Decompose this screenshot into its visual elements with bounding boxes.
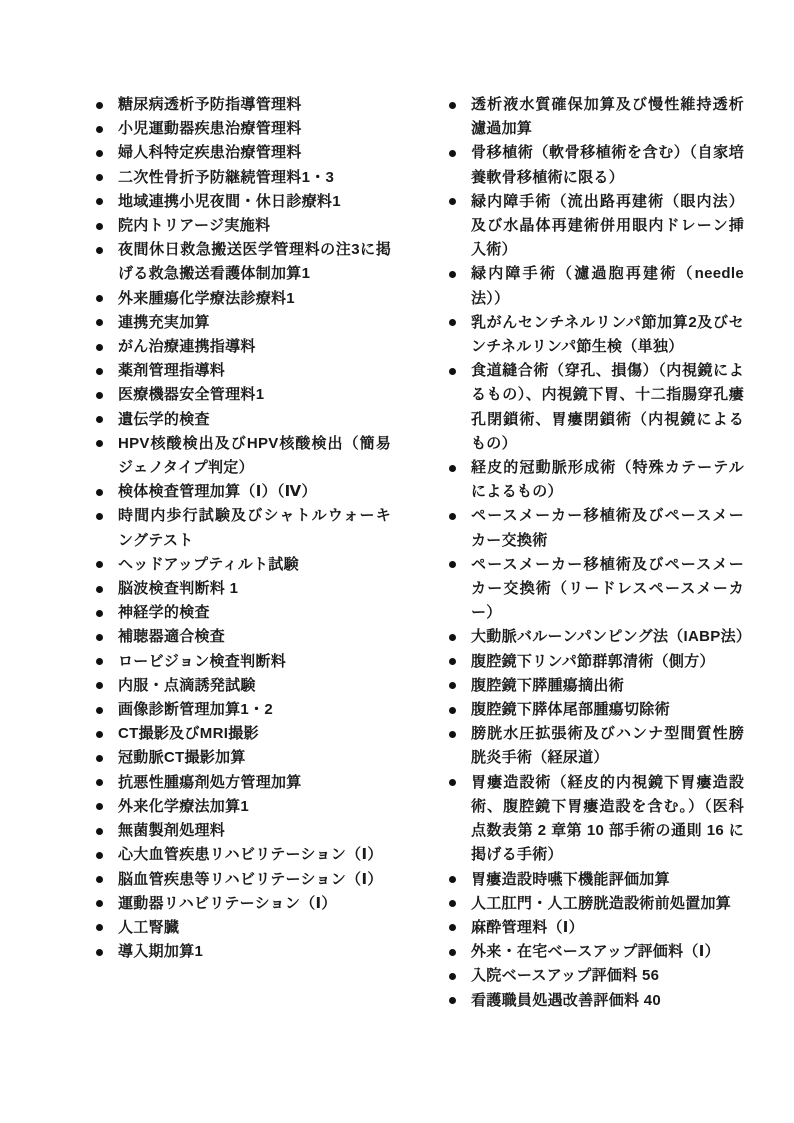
list-item-text: 膀胱水圧拡張術及びハンナ型間質性膀胱炎手術（経尿道）	[471, 722, 744, 770]
bullet-icon	[95, 868, 118, 884]
list-item-text: 遺伝学的検査	[118, 408, 391, 432]
list-item-text: 夜間休日救急搬送医学管理料の注3に掲げる救急搬送看護体制加算1	[118, 238, 391, 286]
list-item-text: 麻酔管理料（Ⅰ）	[471, 916, 744, 940]
list-item-text: 大動脈バルーンパンピング法（IABP法）	[471, 625, 744, 649]
list-item: 脳波検査判断料 1	[95, 577, 391, 601]
list-item: 人工肛門・人工膀胱造設術前処置加算	[448, 892, 744, 916]
list-item: ロービジョン検査判断料	[95, 650, 391, 674]
bullet-icon	[95, 771, 118, 787]
list-item: 外来腫瘍化学療法診療料1	[95, 287, 391, 311]
two-column-list: 糖尿病透析予防指導管理料小児運動器疾患治療管理料婦人科特定疾患治療管理料二次性骨…	[95, 93, 744, 1013]
list-item-text: 心大血管疾患リハビリテーション（Ⅰ）	[118, 843, 391, 867]
list-item: 画像診断管理加算1・2	[95, 698, 391, 722]
list-item: ヘッドアップティルト試験	[95, 553, 391, 577]
list-item-text: 骨移植術（軟骨移植術を含む）（自家培養軟骨移植術に限る）	[471, 141, 744, 189]
list-item: 看護職員処遇改善評価料 40	[448, 989, 744, 1013]
list-item: 時間内歩行試験及びシャトルウォーキングテスト	[95, 504, 391, 552]
list-item: 内服・点滴誘発試験	[95, 674, 391, 698]
list-item-text: 時間内歩行試験及びシャトルウォーキングテスト	[118, 504, 391, 552]
list-item: 脳血管疾患等リハビリテーション（Ⅰ）	[95, 868, 391, 892]
list-item: 麻酔管理料（Ⅰ）	[448, 916, 744, 940]
bullet-icon	[95, 480, 118, 496]
bullet-icon	[448, 868, 471, 884]
list-item: 院内トリアージ実施料	[95, 214, 391, 238]
bullet-icon	[448, 190, 471, 206]
bullet-icon	[448, 722, 471, 738]
bullet-icon	[95, 359, 118, 375]
bullet-icon	[448, 674, 471, 690]
list-item-text: 人工肛門・人工膀胱造設術前処置加算	[471, 892, 744, 916]
list-item: 無菌製剤処理料	[95, 819, 391, 843]
list-item: CT撮影及びMRI撮影	[95, 722, 391, 746]
bullet-icon	[448, 771, 471, 787]
list-item-text: 胃瘻造設術（経皮的内視鏡下胃瘻造設術、腹腔鏡下胃瘻造設を含む。）（医科点数表第 …	[471, 771, 744, 868]
list-item: 腹腔鏡下膵体尾部腫瘍切除術	[448, 698, 744, 722]
list-item: 検体検査管理加算（Ⅰ）（Ⅳ）	[95, 480, 391, 504]
list-item-text: 腹腔鏡下リンパ節群郭清術（側方）	[471, 650, 744, 674]
list-item: 緑内障手術（流出路再建術（眼内法）及び水晶体再建術併用眼内ドレーン挿入術）	[448, 190, 744, 263]
list-item-text: 二次性骨折予防継続管理料1・3	[118, 166, 391, 190]
bullet-icon	[448, 625, 471, 641]
bullet-icon	[95, 214, 118, 230]
bullet-icon	[95, 601, 118, 617]
list-item: 神経学的検査	[95, 601, 391, 625]
list-item-text: 冠動脈CT撮影加算	[118, 746, 391, 770]
list-item-text: ロービジョン検査判断料	[118, 650, 391, 674]
list-item-text: 看護職員処遇改善評価料 40	[471, 989, 744, 1013]
list-item: 透析液水質確保加算及び慢性維持透析濾過加算	[448, 93, 744, 141]
bullet-icon	[448, 93, 471, 109]
bullet-icon	[448, 262, 471, 278]
list-item: 夜間休日救急搬送医学管理料の注3に掲げる救急搬送看護体制加算1	[95, 238, 391, 286]
bullet-icon	[448, 698, 471, 714]
list-item-text: 透析液水質確保加算及び慢性維持透析濾過加算	[471, 93, 744, 141]
bullet-icon	[448, 504, 471, 520]
bullet-icon	[448, 989, 471, 1005]
list-item: 医療機器安全管理料1	[95, 383, 391, 407]
bullet-icon	[95, 190, 118, 206]
bulleted-list-left-column: 糖尿病透析予防指導管理料小児運動器疾患治療管理料婦人科特定疾患治療管理料二次性骨…	[95, 93, 391, 1013]
list-item-text: 小児運動器疾患治療管理料	[118, 117, 391, 141]
list-item-text: 運動器リハビリテーション（Ⅰ）	[118, 892, 391, 916]
bullet-icon	[448, 311, 471, 327]
list-item-text: 糖尿病透析予防指導管理料	[118, 93, 391, 117]
bullet-icon	[448, 940, 471, 956]
bullet-icon	[95, 287, 118, 303]
bullet-icon	[95, 698, 118, 714]
list-item: 骨移植術（軟骨移植術を含む）（自家培養軟骨移植術に限る）	[448, 141, 744, 189]
bullet-icon	[448, 553, 471, 569]
list-item-text: 脳波検査判断料 1	[118, 577, 391, 601]
list-item: 婦人科特定疾患治療管理料	[95, 141, 391, 165]
list-item-text: 無菌製剤処理料	[118, 819, 391, 843]
list-item-text: 緑内障手術（濾過胞再建術（needle法））	[471, 262, 744, 310]
list-item: 遺伝学的検査	[95, 408, 391, 432]
list-item: がん治療連携指導料	[95, 335, 391, 359]
list-item-text: 外来化学療法加算1	[118, 795, 391, 819]
list-item-text: ヘッドアップティルト試験	[118, 553, 391, 577]
list-item-text: 胃瘻造設時嚥下機能評価加算	[471, 868, 744, 892]
list-item: 運動器リハビリテーション（Ⅰ）	[95, 892, 391, 916]
bullet-icon	[448, 456, 471, 472]
list-item: 補聴器適合検査	[95, 625, 391, 649]
list-item: 人工腎臓	[95, 916, 391, 940]
bullet-icon	[448, 650, 471, 666]
list-item-text: 薬剤管理指導料	[118, 359, 391, 383]
list-item-text: 医療機器安全管理料1	[118, 383, 391, 407]
list-item-text: 乳がんセンチネルリンパ節加算2及びセンチネルリンパ節生検（単独）	[471, 311, 744, 359]
list-item: 外来化学療法加算1	[95, 795, 391, 819]
bullet-icon	[95, 892, 118, 908]
list-item: 冠動脈CT撮影加算	[95, 746, 391, 770]
list-item: 腹腔鏡下リンパ節群郭清術（側方）	[448, 650, 744, 674]
list-item: 乳がんセンチネルリンパ節加算2及びセンチネルリンパ節生検（単独）	[448, 311, 744, 359]
document-page: 糖尿病透析予防指導管理料小児運動器疾患治療管理料婦人科特定疾患治療管理料二次性骨…	[0, 0, 794, 1123]
list-item: 膀胱水圧拡張術及びハンナ型間質性膀胱炎手術（経尿道）	[448, 722, 744, 770]
list-item: 胃瘻造設時嚥下機能評価加算	[448, 868, 744, 892]
list-item: ペースメーカー移植術及びペースメーカー交換術	[448, 504, 744, 552]
list-item: 地域連携小児夜間・休日診療料1	[95, 190, 391, 214]
list-item-text: 抗悪性腫瘍剤処方管理加算	[118, 771, 391, 795]
list-item: 連携充実加算	[95, 311, 391, 335]
bullet-icon	[95, 383, 118, 399]
list-item: 胃瘻造設術（経皮的内視鏡下胃瘻造設術、腹腔鏡下胃瘻造設を含む。）（医科点数表第 …	[448, 771, 744, 868]
list-item-text: 入院ベースアップ評価料 56	[471, 964, 744, 988]
bullet-icon	[95, 577, 118, 593]
list-item-text: 検体検査管理加算（Ⅰ）（Ⅳ）	[118, 480, 391, 504]
list-item: 心大血管疾患リハビリテーション（Ⅰ）	[95, 843, 391, 867]
bulleted-list-right-column: 透析液水質確保加算及び慢性維持透析濾過加算骨移植術（軟骨移植術を含む）（自家培養…	[448, 93, 744, 1013]
list-item-text: 外来・在宅ベースアップ評価料（Ⅰ）	[471, 940, 744, 964]
list-item-text: 婦人科特定疾患治療管理料	[118, 141, 391, 165]
list-item-text: 経皮的冠動脈形成術（特殊カテーテルによるもの）	[471, 456, 744, 504]
bullet-icon	[95, 408, 118, 424]
list-item-text: 導入期加算1	[118, 940, 391, 964]
list-item-text: 連携充実加算	[118, 311, 391, 335]
list-item: 腹腔鏡下膵腫瘍摘出術	[448, 674, 744, 698]
bullet-icon	[95, 746, 118, 762]
bullet-icon	[95, 843, 118, 859]
bullet-icon	[95, 166, 118, 182]
list-item: 薬剤管理指導料	[95, 359, 391, 383]
list-item: 糖尿病透析予防指導管理料	[95, 93, 391, 117]
list-item-text: がん治療連携指導料	[118, 335, 391, 359]
list-item: 外来・在宅ベースアップ評価料（Ⅰ）	[448, 940, 744, 964]
bullet-icon	[95, 795, 118, 811]
bullet-icon	[448, 964, 471, 980]
bullet-icon	[95, 916, 118, 932]
list-item: 小児運動器疾患治療管理料	[95, 117, 391, 141]
bullet-icon	[95, 311, 118, 327]
list-item: ペースメーカー移植術及びペースメーカー交換術（リードレスペースメーカー）	[448, 553, 744, 626]
list-item: 大動脈バルーンパンピング法（IABP法）	[448, 625, 744, 649]
bullet-icon	[448, 916, 471, 932]
bullet-icon	[95, 650, 118, 666]
list-item: HPV核酸検出及びHPV核酸検出（簡易ジェノタイプ判定）	[95, 432, 391, 480]
bullet-icon	[95, 504, 118, 520]
list-item-text: 補聴器適合検査	[118, 625, 391, 649]
list-item-text: 人工腎臓	[118, 916, 391, 940]
bullet-icon	[95, 238, 118, 254]
bullet-icon	[95, 722, 118, 738]
bullet-icon	[448, 359, 471, 375]
list-item: 導入期加算1	[95, 940, 391, 964]
bullet-icon	[95, 335, 118, 351]
list-item-text: 脳血管疾患等リハビリテーション（Ⅰ）	[118, 868, 391, 892]
list-item-text: HPV核酸検出及びHPV核酸検出（簡易ジェノタイプ判定）	[118, 432, 391, 480]
list-item-text: CT撮影及びMRI撮影	[118, 722, 391, 746]
list-item: 緑内障手術（濾過胞再建術（needle法））	[448, 262, 744, 310]
bullet-icon	[95, 553, 118, 569]
list-item-text: ペースメーカー移植術及びペースメーカー交換術（リードレスペースメーカー）	[471, 553, 744, 626]
bullet-icon	[95, 141, 118, 157]
list-item-text: 外来腫瘍化学療法診療料1	[118, 287, 391, 311]
list-item-text: 神経学的検査	[118, 601, 391, 625]
bullet-icon	[448, 141, 471, 157]
list-item-text: 地域連携小児夜間・休日診療料1	[118, 190, 391, 214]
list-item-text: 腹腔鏡下膵腫瘍摘出術	[471, 674, 744, 698]
list-item: 食道縫合術（穿孔、損傷）（内視鏡によるもの）、内視鏡下胃、十二指腸穿孔瘻孔閉鎖術…	[448, 359, 744, 456]
bullet-icon	[95, 432, 118, 448]
bullet-icon	[95, 674, 118, 690]
list-item-text: 緑内障手術（流出路再建術（眼内法）及び水晶体再建術併用眼内ドレーン挿入術）	[471, 190, 744, 263]
list-item: 二次性骨折予防継続管理料1・3	[95, 166, 391, 190]
bullet-icon	[95, 117, 118, 133]
bullet-icon	[448, 892, 471, 908]
list-item-text: 内服・点滴誘発試験	[118, 674, 391, 698]
list-item: 経皮的冠動脈形成術（特殊カテーテルによるもの）	[448, 456, 744, 504]
list-item-text: 院内トリアージ実施料	[118, 214, 391, 238]
list-item-text: ペースメーカー移植術及びペースメーカー交換術	[471, 504, 744, 552]
list-item-text: 腹腔鏡下膵体尾部腫瘍切除術	[471, 698, 744, 722]
bullet-icon	[95, 93, 118, 109]
bullet-icon	[95, 940, 118, 956]
list-item: 抗悪性腫瘍剤処方管理加算	[95, 771, 391, 795]
list-item-text: 画像診断管理加算1・2	[118, 698, 391, 722]
list-item: 入院ベースアップ評価料 56	[448, 964, 744, 988]
list-item-text: 食道縫合術（穿孔、損傷）（内視鏡によるもの）、内視鏡下胃、十二指腸穿孔瘻孔閉鎖術…	[471, 359, 744, 456]
bullet-icon	[95, 819, 118, 835]
bullet-icon	[95, 625, 118, 641]
